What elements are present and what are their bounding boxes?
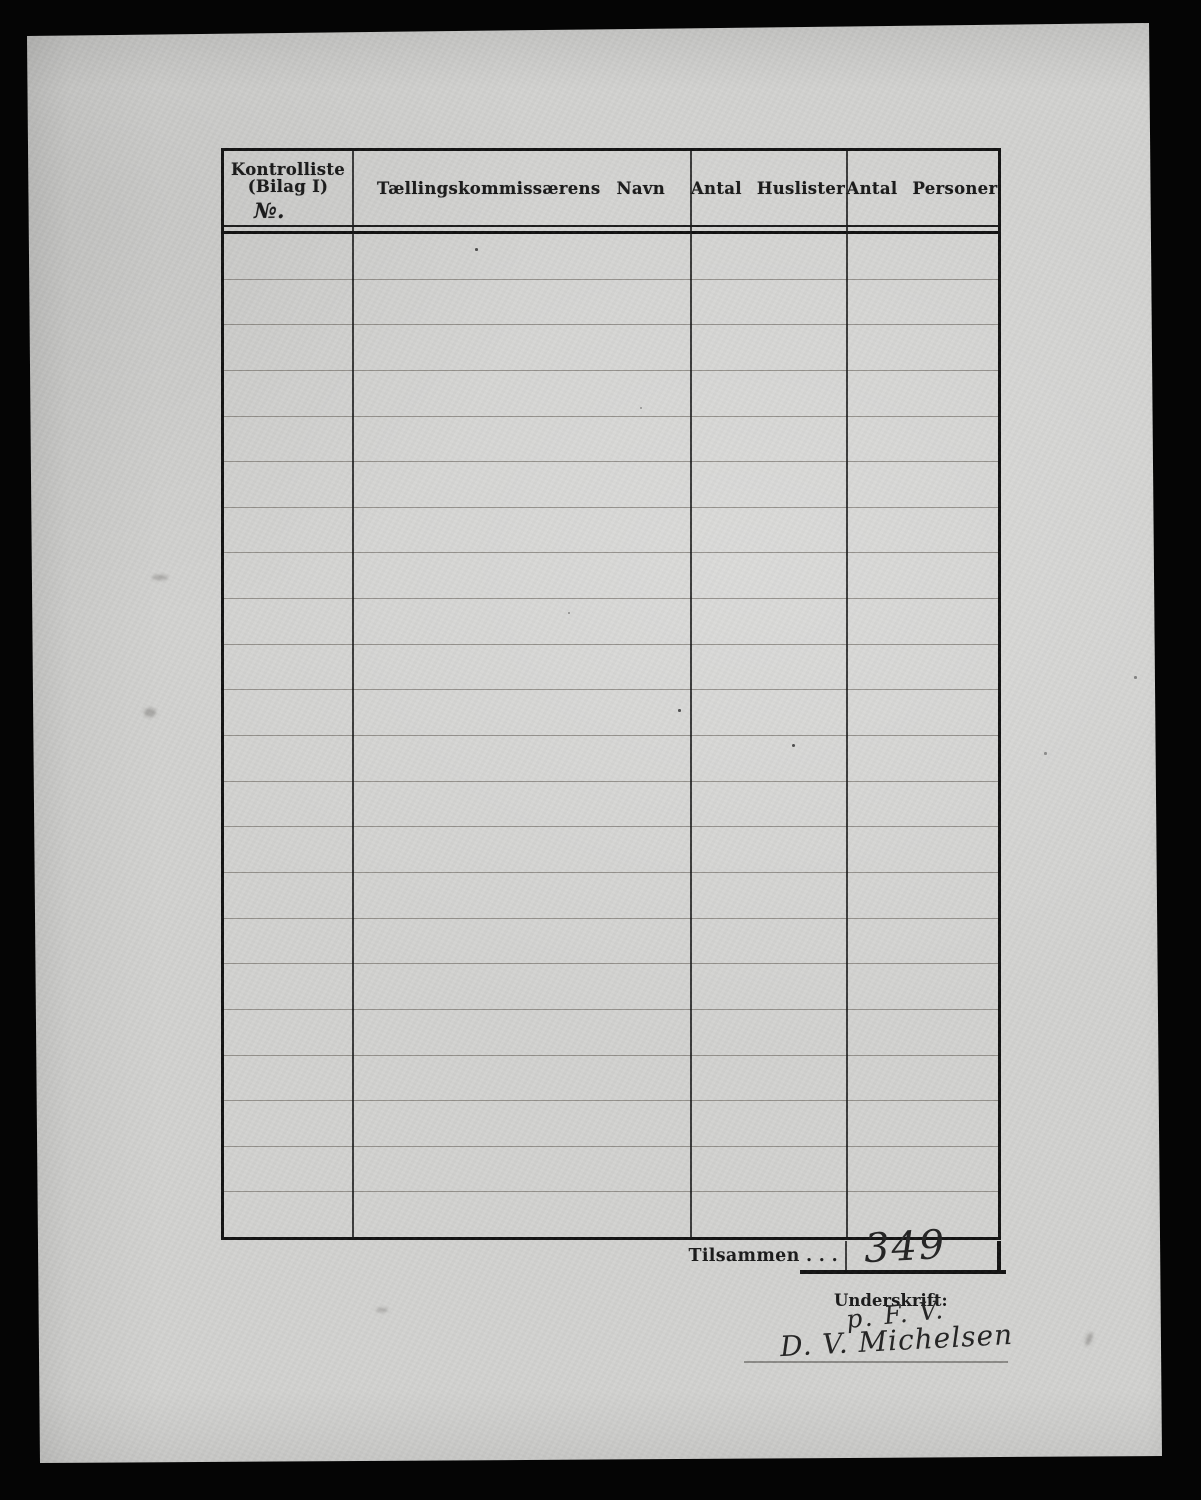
scanned-census-form-page: Kontrolliste (Bilag I) №. Tællingskommis…: [0, 0, 1201, 1500]
table-row: [224, 919, 998, 965]
header-kontrolliste: Kontrolliste (Bilag I) №.: [224, 151, 352, 225]
signature-name-handwritten: D. V. Michelsen: [779, 1318, 1014, 1363]
scan-smudge: [152, 575, 168, 580]
scan-smudge: [1084, 1331, 1094, 1346]
signature-underline: [744, 1361, 1008, 1363]
table-row: [224, 325, 998, 371]
header-antal-personer: Antal Personer: [846, 151, 998, 225]
table-row: [224, 1056, 998, 1102]
dust-speck: [678, 709, 681, 712]
header-kontrolliste-line2: (Bilag I): [248, 178, 329, 195]
table-row: [224, 873, 998, 919]
total-underline: [800, 1270, 1006, 1274]
scan-smudge: [144, 708, 156, 717]
table-row: [224, 827, 998, 873]
table-row: [224, 280, 998, 326]
table-row: [224, 234, 998, 280]
table-row: [224, 1147, 998, 1193]
census-summary-table: Kontrolliste (Bilag I) №. Tællingskommis…: [221, 148, 1001, 1240]
scan-smudge: [376, 1308, 388, 1312]
dust-speck: [568, 612, 570, 614]
total-value-handwritten: 349: [863, 1224, 947, 1270]
dust-speck: [1134, 676, 1137, 679]
paper-sheet: Kontrolliste (Bilag I) №. Tællingskommis…: [0, 0, 1201, 1500]
table-row: [224, 462, 998, 508]
table-row: [224, 1010, 998, 1056]
table-row: [224, 1101, 998, 1147]
dust-speck: [475, 248, 478, 251]
dust-speck: [640, 407, 642, 409]
column-divider-3: [846, 151, 848, 1237]
column-divider-2: [690, 151, 692, 1237]
column-divider-1: [352, 151, 354, 1237]
total-cell-left-line: [845, 1241, 847, 1271]
table-row: [224, 508, 998, 554]
numero-sign: №.: [254, 201, 285, 221]
dust-speck: [792, 744, 795, 747]
total-label: Tilsammen . . .: [620, 1246, 838, 1266]
table-row: [224, 417, 998, 463]
table-row: [224, 371, 998, 417]
table-row: [224, 690, 998, 736]
header-kontrolliste-line1: Kontrolliste: [231, 161, 345, 178]
total-cell-right-line: [997, 1241, 1001, 1272]
table-row: [224, 645, 998, 691]
table-row: [224, 553, 998, 599]
dust-speck: [1044, 752, 1047, 755]
header-taellingskommissaerens-navn: Tællingskommissærens Navn: [352, 151, 690, 225]
header-antal-huslister: Antal Huslister: [690, 151, 846, 225]
table-row: [224, 964, 998, 1010]
table-row: [224, 782, 998, 828]
table-row: [224, 599, 998, 645]
table-header: Kontrolliste (Bilag I) №. Tællingskommis…: [224, 151, 998, 227]
table-row: [224, 736, 998, 782]
table-body: [224, 234, 998, 1237]
